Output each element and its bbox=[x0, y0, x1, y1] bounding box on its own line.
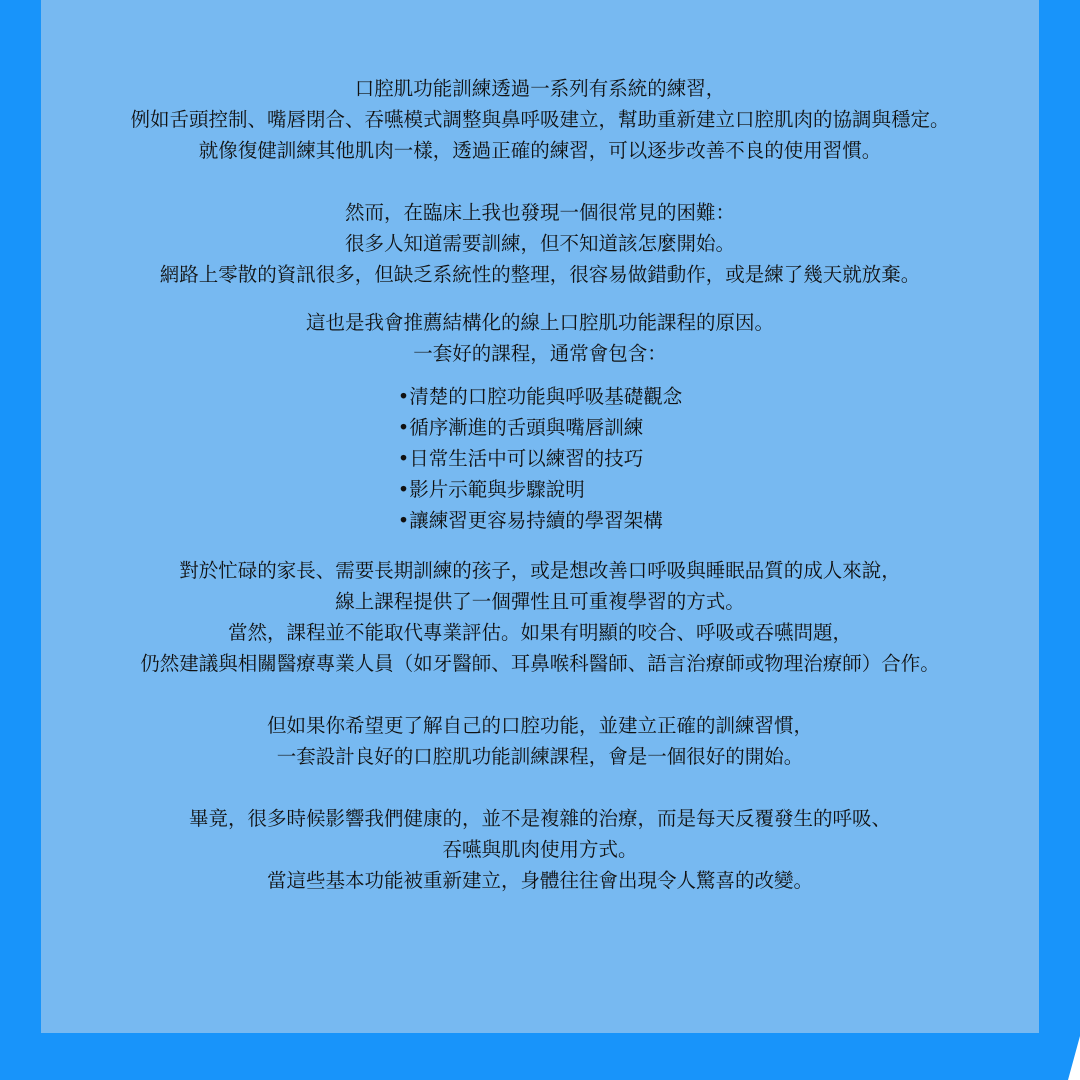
spacer bbox=[0, 369, 1080, 381]
list-item: •循序漸進的舌頭與嘴唇訓練 bbox=[398, 412, 683, 443]
spacer bbox=[0, 772, 1080, 803]
text-line: 例如舌頭控制、嘴唇閉合、吞嚥模式調整與鼻呼吸建立，幫助重新建立口腔肌肉的協調與穩… bbox=[0, 104, 1080, 135]
paragraph-difficulty: 然而，在臨床上我也發現一個很常見的困難： 很多人知道需要訓練，但不知道該怎麼開始… bbox=[0, 197, 1080, 290]
list-item: •讓練習更容易持續的學習架構 bbox=[398, 505, 683, 536]
text-line: 線上課程提供了一個彈性且可重複學習的方式。 bbox=[0, 586, 1080, 617]
text-line: 然而，在臨床上我也發現一個很常見的困難： bbox=[0, 197, 1080, 228]
text-line: 對於忙碌的家長、需要長期訓練的孩子，或是想改善口呼吸與睡眠品質的成人來說， bbox=[0, 555, 1080, 586]
text-line: 就像復健訓練其他肌肉一樣，透過正確的練習，可以逐步改善不良的使用習慣。 bbox=[0, 135, 1080, 166]
paragraph-recommendation: 這也是我會推薦結構化的線上口腔肌功能課程的原因。 一套好的課程，通常會包含： bbox=[0, 307, 1080, 369]
text-line: 很多人知道需要訓練，但不知道該怎麼開始。 bbox=[0, 228, 1080, 259]
text-line: 畢竟，很多時候影響我們健康的，並不是複雜的治療，而是每天反覆發生的呼吸、 bbox=[0, 803, 1080, 834]
spacer bbox=[0, 290, 1080, 307]
paragraph-encouragement: 但如果你希望更了解自己的口腔功能，並建立正確的訓練習慣， 一套設計良好的口腔肌功… bbox=[0, 710, 1080, 772]
text-line: 仍然建議與相關醫療專業人員（如牙醫師、耳鼻喉科醫師、語言治療師或物理治療師）合作… bbox=[0, 648, 1080, 679]
text-line: 當這些基本功能被重新建立，身體往往會出現令人驚喜的改變。 bbox=[0, 865, 1080, 896]
list-item: •清楚的口腔功能與呼吸基礎觀念 bbox=[398, 381, 683, 412]
text-line: 吞嚥與肌肉使用方式。 bbox=[0, 834, 1080, 865]
text-line: 網路上零散的資訊很多，但缺乏系統性的整理，很容易做錯動作，或是練了幾天就放棄。 bbox=[0, 259, 1080, 290]
list-item: •影片示範與步驟說明 bbox=[398, 474, 683, 505]
list-item: •日常生活中可以練習的技巧 bbox=[398, 443, 683, 474]
text-line: 一套設計良好的口腔肌功能訓練課程，會是一個很好的開始。 bbox=[0, 741, 1080, 772]
course-features-list: •清楚的口腔功能與呼吸基礎觀念 •循序漸進的舌頭與嘴唇訓練 •日常生活中可以練習… bbox=[398, 381, 683, 536]
paragraph-audience: 對於忙碌的家長、需要長期訓練的孩子，或是想改善口呼吸與睡眠品質的成人來說， 線上… bbox=[0, 555, 1080, 679]
text-line: 當然，課程並不能取代專業評估。如果有明顯的咬合、呼吸或吞嚥問題， bbox=[0, 617, 1080, 648]
paragraph-intro: 口腔肌功能訓練透過一系列有系統的練習， 例如舌頭控制、嘴唇閉合、吞嚥模式調整與鼻… bbox=[0, 73, 1080, 166]
corner-decoration bbox=[1068, 1036, 1080, 1080]
text-line: 口腔肌功能訓練透過一系列有系統的練習， bbox=[0, 73, 1080, 104]
article-body: 口腔肌功能訓練透過一系列有系統的練習， 例如舌頭控制、嘴唇閉合、吞嚥模式調整與鼻… bbox=[0, 73, 1080, 896]
text-line: 這也是我會推薦結構化的線上口腔肌功能課程的原因。 bbox=[0, 307, 1080, 338]
spacer bbox=[0, 166, 1080, 197]
paragraph-closing: 畢竟，很多時候影響我們健康的，並不是複雜的治療，而是每天反覆發生的呼吸、 吞嚥與… bbox=[0, 803, 1080, 896]
text-line: 一套好的課程，通常會包含： bbox=[0, 338, 1080, 369]
text-line: 但如果你希望更了解自己的口腔功能，並建立正確的訓練習慣， bbox=[0, 710, 1080, 741]
spacer bbox=[0, 679, 1080, 710]
spacer bbox=[0, 536, 1080, 555]
